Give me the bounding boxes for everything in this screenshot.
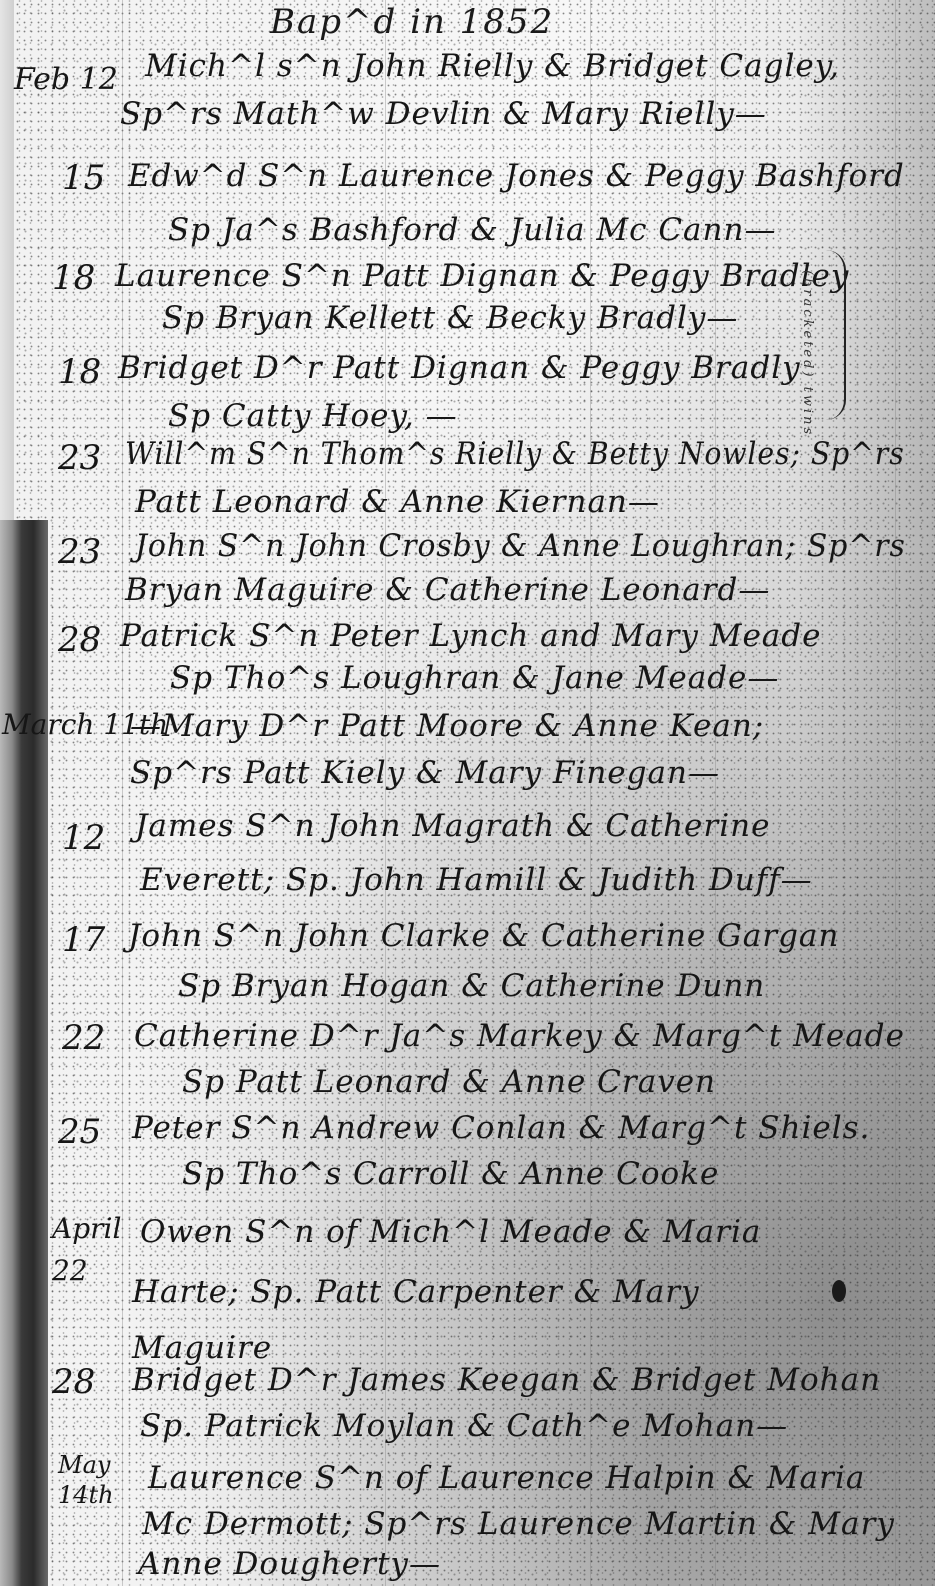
entry-line: Sp Catty Hoey, — (168, 398, 458, 434)
entry-date: 18 (58, 352, 101, 392)
entry-line: Sp Ja^s Bashford & Julia Mc Cann— (168, 212, 776, 248)
entry-line: Sp. Patrick Moylan & Cath^e Mohan— (140, 1408, 788, 1444)
entry-line: Patt Leonard & Anne Kiernan— (135, 484, 660, 520)
page-title: Bap^d in 1852 (270, 2, 554, 42)
entry-date: 25 (58, 1112, 101, 1152)
entry-line: John S^n John Crosby & Anne Loughran; Sp… (135, 528, 906, 564)
entry-date: April 22 (52, 1208, 132, 1292)
twins-bracket (822, 250, 846, 420)
twins-margin-note: (bracketed) twins (800, 270, 815, 437)
entry-line: Patrick S^n Peter Lynch and Mary Meade (120, 618, 821, 654)
entry-line: Mc Dermott; Sp^rs Laurence Martin & Mary (142, 1506, 895, 1542)
entry-line: Catherine D^r Ja^s Markey & Marg^t Meade (134, 1018, 905, 1054)
entry-date: 28 (58, 620, 101, 660)
entry-date: 18 (52, 258, 95, 298)
entry-line: Sp Patt Leonard & Anne Craven (182, 1064, 716, 1100)
entry-line: Bridget D^r James Keegan & Bridget Mohan (132, 1362, 881, 1398)
book-binding (0, 520, 48, 1586)
entry-line: Will^m S^n Thom^s Rielly & Betty Nowles;… (125, 436, 905, 472)
entry-line: Sp^rs Math^w Devlin & Mary Rielly— (120, 96, 767, 132)
entry-line: Sp Bryan Hogan & Catherine Dunn (178, 968, 765, 1004)
entry-line: —Mary D^r Patt Moore & Anne Kean; (130, 708, 764, 744)
entry-date: 23 (58, 438, 101, 478)
entry-date: 23 (58, 532, 101, 572)
entry-line: Laurence S^n of Laurence Halpin & Maria (148, 1460, 865, 1496)
entry-line: Laurence S^n Patt Dignan & Peggy Bradley (115, 258, 849, 294)
entry-line: Everett; Sp. John Hamill & Judith Duff— (140, 862, 813, 898)
entry-line: Sp Tho^s Carroll & Anne Cooke (182, 1156, 719, 1192)
register-page: Bap^d in 1852 Feb 12 Mich^l s^n John Rie… (0, 0, 935, 1586)
entry-line: John S^n John Clarke & Catherine Gargan (128, 918, 839, 954)
page-edge (0, 0, 14, 520)
entry-line: Maguire (132, 1330, 272, 1366)
entry-date: 15 (62, 158, 105, 198)
entry-line: Anne Dougherty— (138, 1546, 441, 1582)
entry-line: Peter S^n Andrew Conlan & Marg^t Shiels. (132, 1110, 870, 1146)
entry-line: Bridget D^r Patt Dignan & Peggy Bradly (118, 350, 801, 386)
ruling-line (895, 0, 896, 1586)
entry-line: Edw^d S^n Laurence Jones & Peggy Bashfor… (128, 158, 905, 194)
entry-line: Harte; Sp. Patt Carpenter & Mary (132, 1274, 700, 1310)
entry-date: 22 (62, 1018, 105, 1058)
entry-date: Feb 12 (14, 62, 118, 97)
entry-line: Sp Tho^s Loughran & Jane Meade— (170, 660, 779, 696)
entry-line: James S^n John Magrath & Catherine (135, 808, 770, 844)
entry-date: 28 (52, 1362, 95, 1402)
entry-line: Sp Bryan Kellett & Becky Bradly— (162, 300, 738, 336)
entry-line: Bryan Maguire & Catherine Leonard— (125, 572, 770, 608)
entry-line: Sp^rs Patt Kiely & Mary Finegan— (130, 755, 720, 791)
entry-date: 17 (62, 920, 105, 960)
entry-date: May 14th (58, 1450, 128, 1510)
entry-line: Owen S^n of Mich^l Meade & Maria (140, 1214, 761, 1250)
entry-date: 12 (62, 818, 105, 858)
ruling-line (122, 0, 123, 1586)
ink-blot (832, 1280, 846, 1302)
entry-line: Mich^l s^n John Rielly & Bridget Cagley, (145, 48, 840, 84)
